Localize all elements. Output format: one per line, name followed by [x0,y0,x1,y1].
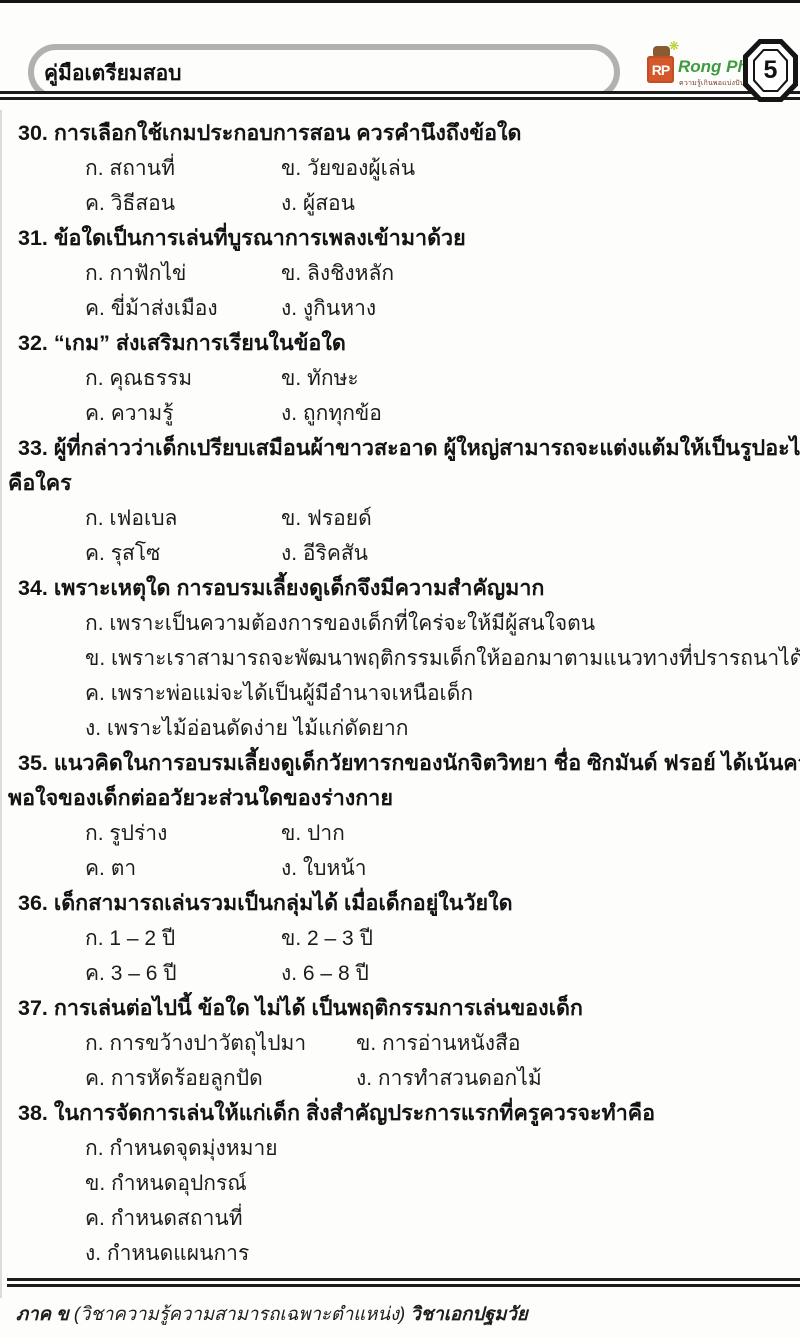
question-text: 35. แนวคิดในการอบรมเลี้ยงดูเด็กวัยทารกขอ… [8,746,800,781]
option-c: ค. รุสโซ [85,536,281,571]
question-33: 33. ผู้ที่กล่าวว่าเด็กเปรียบเสมือนผ้าขาว… [8,431,800,571]
footer-part: ภาค ข [16,1303,69,1324]
option-d: ง. การทำสวนดอกไม้ [356,1061,800,1096]
option-a: ก. 1 – 2 ปี [85,921,281,956]
option-d: ง. ถูกทุกข้อ [281,396,800,431]
footer-subject: (วิชาความรู้ความสามารถเฉพาะตำแหน่ง) [74,1303,405,1324]
option-b: ข. ฟรอยด์ [281,501,800,536]
option-c: ค. การหัดร้อยลูกปัด [85,1061,356,1096]
option-d: ง. เพราะไม้อ่อนดัดง่าย ไม้แก่ดัดยาก [85,711,800,746]
option-d: ง. 6 – 8 ปี [281,956,800,991]
question-text: 32. “เกม” ส่งเสริมการเรียนในข้อใด [8,326,800,361]
option-grid: ก. เฟอเบล ข. ฟรอยด์ ค. รุสโซ ง. อีริคสัน [85,501,800,571]
question-text: 34. เพราะเหตุใด การอบรมเลี้ยงดูเด็กจึงมี… [8,571,800,606]
option-b: ข. เพราะเราสามารถจะพัฒนาพฤติกรรมเด็กให้อ… [85,641,800,676]
option-b: ข. ลิงชิงหลัก [281,256,800,291]
option-a: ก. รูปร่าง [85,816,281,851]
question-34: 34. เพราะเหตุใด การอบรมเลี้ยงดูเด็กจึงมี… [8,571,800,746]
option-list: ก. เพราะเป็นความต้องการของเด็กที่ใคร่จะใ… [85,606,800,746]
question-35: 35. แนวคิดในการอบรมเลี้ยงดูเด็กวัยทารกขอ… [8,746,800,886]
question-list: 30. การเลือกใช้เกมประกอบการสอน ควรคำนึงถ… [8,116,800,1271]
option-c: ค. ความรู้ [85,396,281,431]
question-text: 36. เด็กสามารถเล่นรวมเป็นกลุ่มได้ เมื่อเ… [8,886,800,921]
footer-major: วิชาเอกปฐมวัย [410,1303,527,1324]
option-c: ค. 3 – 6 ปี [85,956,281,991]
option-a: ก. เพราะเป็นความต้องการของเด็กที่ใคร่จะใ… [85,606,800,641]
question-31: 31. ข้อใดเป็นการเล่นที่บูรณาการเพลงเข้าม… [8,221,800,326]
option-grid: ก. สถานที่ ข. วัยของผู้เล่น ค. วิธีสอน ง… [85,151,800,221]
option-b: ข. 2 – 3 ปี [281,921,800,956]
option-c: ค. เพราะพ่อแม่จะได้เป็นผู้มีอำนาจเหนือเด… [85,676,800,711]
question-text: 30. การเลือกใช้เกมประกอบการสอน ควรคำนึงถ… [8,116,800,151]
page-header: คู่มือเตรียมสอบ ❋ RP Rong Phai ความรู้เก… [0,0,800,110]
option-c: ค. วิธีสอน [85,186,281,221]
option-d: ง. ใบหน้า [281,851,800,886]
scan-edge-artifact [0,110,2,1298]
question-30: 30. การเลือกใช้เกมประกอบการสอน ควรคำนึงถ… [8,116,800,221]
option-grid: ก. รูปร่าง ข. ปาก ค. ตา ง. ใบหน้า [85,816,800,886]
option-a: ก. เฟอเบล [85,501,281,536]
question-text: 31. ข้อใดเป็นการเล่นที่บูรณาการเพลงเข้าม… [8,221,800,256]
option-grid: ก. กาฟักไข่ ข. ลิงชิงหลัก ค. ขี่ม้าส่งเม… [85,256,800,326]
option-d: ง. อีริคสัน [281,536,800,571]
option-d: ง. กำหนดแผนการ [85,1236,800,1271]
document-page: คู่มือเตรียมสอบ ❋ RP Rong Phai ความรู้เก… [0,0,800,1338]
logo-monogram: RP [647,56,674,83]
option-b: ข. ทักษะ [281,361,800,396]
option-b: ข. กำหนดอุปกรณ์ [85,1166,800,1201]
page-footer: ภาค ข (วิชาความรู้ความสามารถเฉพาะตำแหน่ง… [0,1278,800,1338]
option-grid: ก. คุณธรรม ข. ทักษะ ค. ความรู้ ง. ถูกทุก… [85,361,800,431]
option-a: ก. กาฟักไข่ [85,256,281,291]
question-37: 37. การเล่นต่อไปนี้ ข้อใด ไม่ได้ เป็นพฤต… [8,991,800,1096]
option-c: ค. ขี่ม้าส่งเมือง [85,291,281,326]
question-38: 38. ในการจัดการเล่นให้แก่เด็ก สิ่งสำคัญป… [8,1096,800,1271]
footer-rule [7,1278,800,1287]
question-text: 38. ในการจัดการเล่นให้แก่เด็ก สิ่งสำคัญป… [8,1096,800,1131]
logo-tagline: ความรู้เกินพอแบ่งปัน [679,78,745,89]
question-text-continued: พอใจของเด็กต่ออวัยวะส่วนใดของร่างกาย [8,781,800,816]
option-a: ก. สถานที่ [85,151,281,186]
option-a: ก. กำหนดจุดมุ่งหมาย [85,1131,800,1166]
page-number: 5 [743,39,798,102]
page-title: คู่มือเตรียมสอบ [44,57,182,90]
option-a: ก. คุณธรรม [85,361,281,396]
option-b: ข. ปาก [281,816,800,851]
logo-star-icon: ❋ [669,40,679,52]
option-list: ก. กำหนดจุดมุ่งหมาย ข. กำหนดอุปกรณ์ ค. ก… [85,1131,800,1271]
option-a: ก. การขว้างปาวัตถุไปมา [85,1026,356,1061]
question-text: 37. การเล่นต่อไปนี้ ข้อใด ไม่ได้ เป็นพฤต… [8,991,800,1026]
publisher-logo: ❋ RP Rong Phai ความรู้เกินพอแบ่งปัน [645,44,755,96]
option-d: ง. งูกินหาง [281,291,800,326]
option-grid: ก. 1 – 2 ปี ข. 2 – 3 ปี ค. 3 – 6 ปี ง. 6… [85,921,800,991]
page-number-badge: 5 [743,39,798,102]
option-d: ง. ผู้สอน [281,186,800,221]
question-text: 33. ผู้ที่กล่าวว่าเด็กเปรียบเสมือนผ้าขาว… [8,431,800,466]
option-b: ข. วัยของผู้เล่น [281,151,800,186]
option-c: ค. กำหนดสถานที่ [85,1201,800,1236]
question-32: 32. “เกม” ส่งเสริมการเรียนในข้อใด ก. คุณ… [8,326,800,431]
option-b: ข. การอ่านหนังสือ [356,1026,800,1061]
option-grid: ก. การขว้างปาวัตถุไปมา ข. การอ่านหนังสือ… [85,1026,800,1096]
question-text-continued: คือใคร [8,466,800,501]
option-c: ค. ตา [85,851,281,886]
logo-figure [653,46,670,56]
footer-text: ภาค ข (วิชาความรู้ความสามารถเฉพาะตำแหน่ง… [16,1300,528,1329]
question-36: 36. เด็กสามารถเล่นรวมเป็นกลุ่มได้ เมื่อเ… [8,886,800,991]
